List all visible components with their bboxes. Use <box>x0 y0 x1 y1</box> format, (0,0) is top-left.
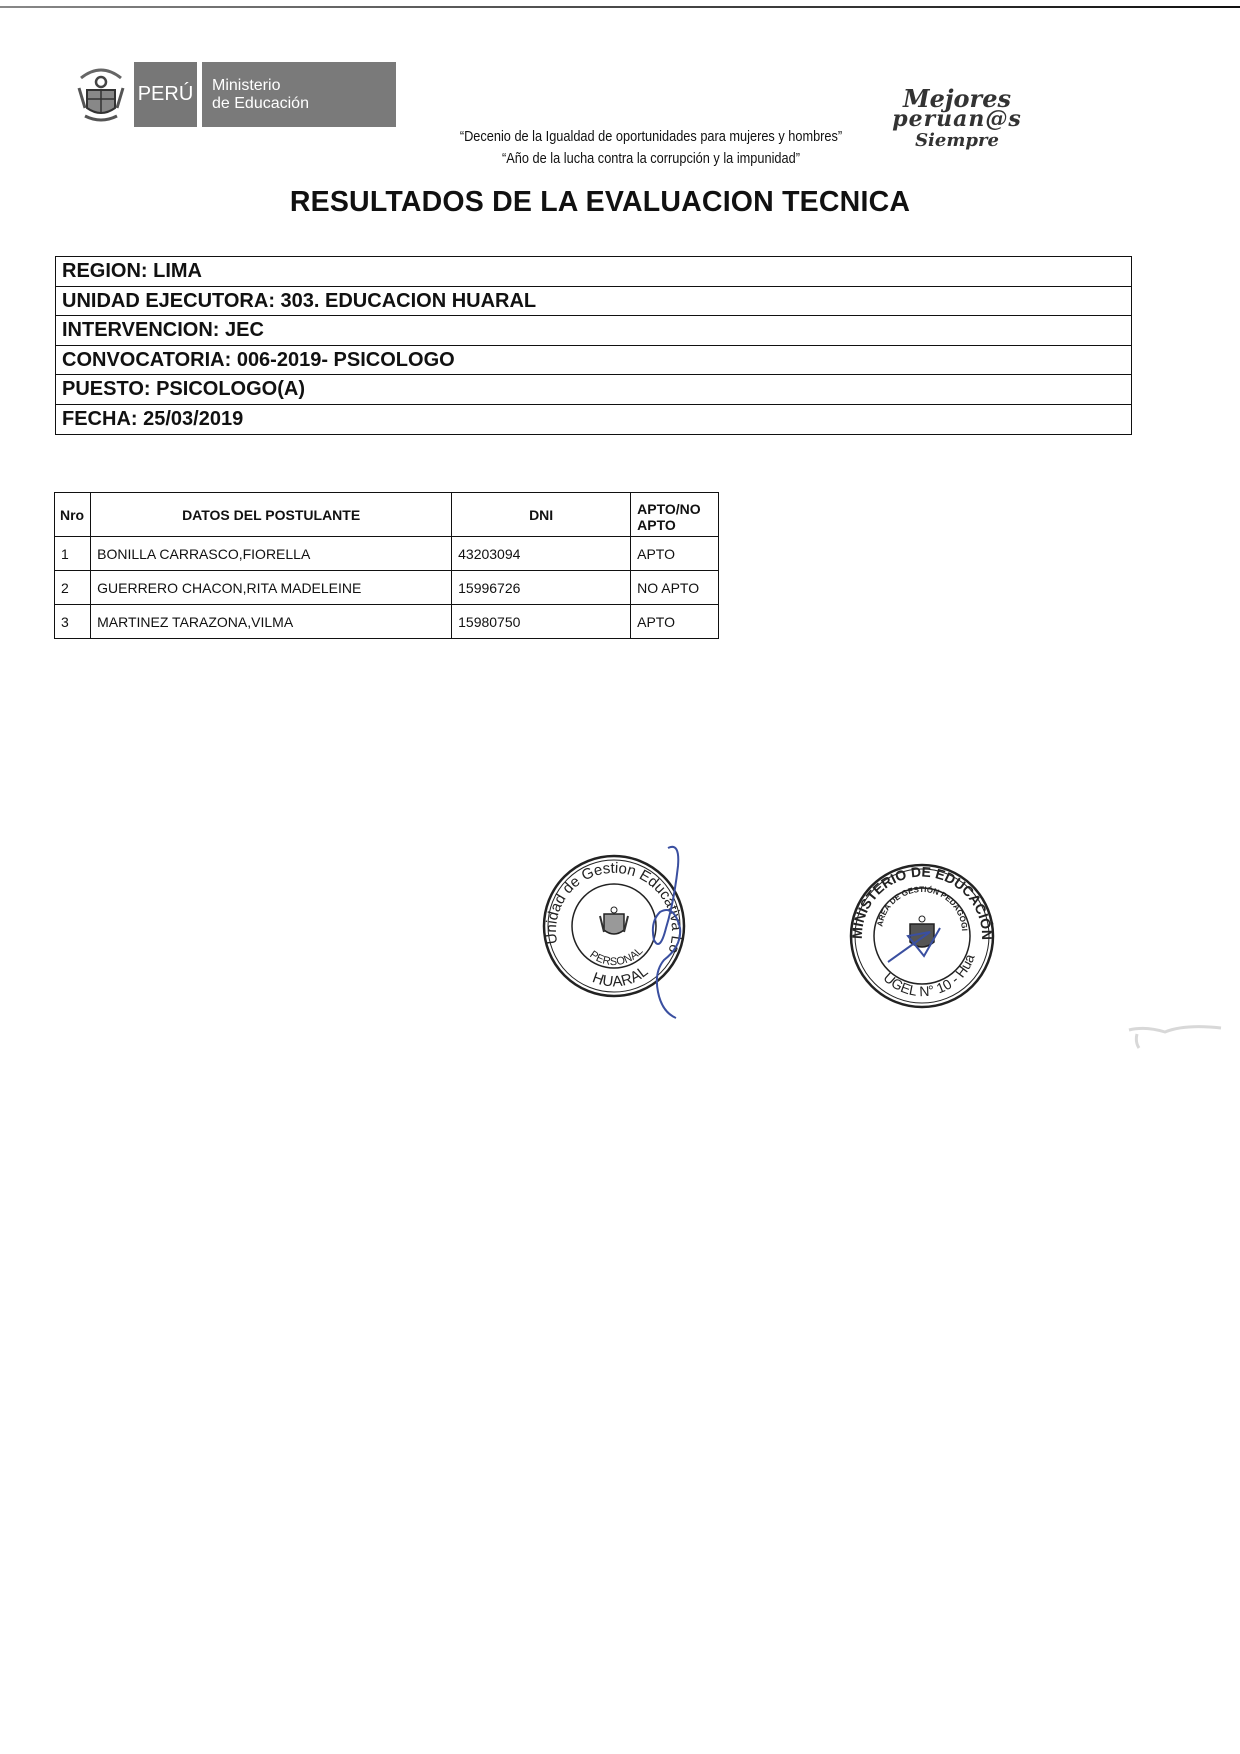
info-date: FECHA: 25/03/2019 <box>56 405 1131 435</box>
info-executing-unit: UNIDAD EJECUTORA: 303. EDUCACION HUARAL <box>56 287 1131 317</box>
cell-result: NO APTO <box>631 571 719 605</box>
cell-result: APTO <box>631 537 719 571</box>
table-row: 1 BONILLA CARRASCO,FIORELLA 43203094 APT… <box>55 537 719 571</box>
cell-applicant-name: MARTINEZ TARAZONA,VILMA <box>91 605 452 639</box>
signature-left <box>640 842 690 1022</box>
cell-applicant-name: BONILLA CARRASCO,FIORELLA <box>91 537 452 571</box>
info-intervention: INTERVENCION: JEC <box>56 316 1131 346</box>
ministry-line-2: de Educación <box>212 95 396 113</box>
ministry-brand-block: Ministerio de Educación <box>202 62 396 127</box>
peru-brand-block: PERÚ <box>134 62 197 127</box>
cell-nro: 1 <box>55 537 91 571</box>
motto-year: “Año de la lucha contra la corrupción y … <box>448 148 855 170</box>
country-label: PERÚ <box>138 83 194 106</box>
header-dni: DNI <box>452 493 631 537</box>
document-title: RESULTADOS DE LA EVALUACION TECNICA <box>0 186 1200 219</box>
official-year-mottos: “Decenio de la Igualdad de oportunidades… <box>448 126 855 170</box>
cell-dni: 15996726 <box>452 571 631 605</box>
campaign-logo: Mejores peruan@s Siempre <box>892 88 1022 158</box>
cell-applicant-name: GUERRERO CHACON,RITA MADELEINE <box>91 571 452 605</box>
cell-nro: 3 <box>55 605 91 639</box>
results-table: Nro DATOS DEL POSTULANTE DNI APTO/NO APT… <box>54 492 719 639</box>
table-row: 3 MARTINEZ TARAZONA,VILMA 15980750 APTO <box>55 605 719 639</box>
info-box: REGION: LIMA UNIDAD EJECUTORA: 303. EDUC… <box>55 256 1132 435</box>
cell-dni: 15980750 <box>452 605 631 639</box>
info-position: PUESTO: PSICOLOGO(A) <box>56 375 1131 405</box>
info-call: CONVOCATORIA: 006-2019- PSICOLOGO <box>56 346 1131 376</box>
scan-edge-line <box>0 6 1240 8</box>
header-applicant: DATOS DEL POSTULANTE <box>91 493 452 537</box>
ugel-pedagogic-stamp: MINISTERIO DE EDUCACIÓN AREA DE GESTIÓN … <box>848 862 996 1010</box>
campaign-logo-line-2: peruan@s <box>892 109 1022 130</box>
cell-result: APTO <box>631 605 719 639</box>
stamp-crest-icon <box>600 907 628 934</box>
coat-of-arms-icon <box>75 64 127 126</box>
header-nro: Nro <box>55 493 91 537</box>
header-result: APTO/NO APTO <box>631 493 719 537</box>
info-region: REGION: LIMA <box>56 257 1131 287</box>
table-row: 2 GUERRERO CHACON,RITA MADELEINE 1599672… <box>55 571 719 605</box>
scan-smudge <box>1125 1020 1225 1050</box>
campaign-logo-line-3: Siempre <box>892 130 1022 151</box>
table-header-row: Nro DATOS DEL POSTULANTE DNI APTO/NO APT… <box>55 493 719 537</box>
cell-dni: 43203094 <box>452 537 631 571</box>
ministry-line-1: Ministerio <box>212 77 396 95</box>
cell-nro: 2 <box>55 571 91 605</box>
motto-decade: “Decenio de la Igualdad de oportunidades… <box>448 126 855 148</box>
